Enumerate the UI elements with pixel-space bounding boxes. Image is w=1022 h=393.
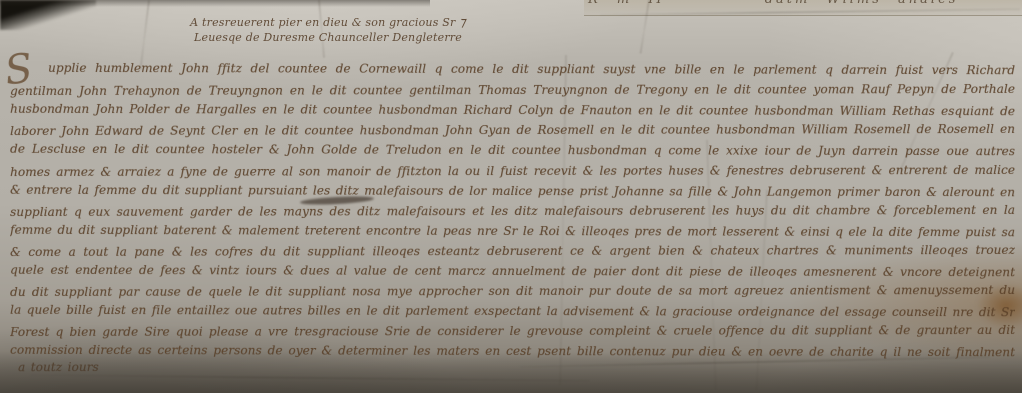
manuscript-line: laborer John Edward de Seynt Cler en le … — [10, 120, 1015, 142]
manuscript-photo: R m II — ····· datm̃ Wilm̃s ānales A tre… — [0, 0, 1022, 393]
paraph-mark: ⁊ — [459, 15, 466, 30]
parchment-edge-shadow — [0, 0, 430, 7]
photo-bottom-shadow — [0, 351, 1022, 393]
manuscript-line: husbondman John Polder de Hargalles en l… — [10, 100, 1015, 122]
address-line-2: Leuesqe de Duresme Chaunceller Dengleter… — [178, 30, 478, 45]
petition-address: A tresreuerent pier en dieu & son gracio… — [178, 15, 478, 45]
cropped-text-fragment: R m II — ····· datm̃ Wilm̃s ānales — [588, 0, 958, 9]
manuscript-line: homes armez & arraiez a fyne de guerre a… — [10, 161, 1015, 183]
manuscript-line: du dit suppliant par cause de quele le d… — [10, 281, 1015, 303]
manuscript-line: & come a tout la pane & les cofres du di… — [10, 241, 1015, 263]
manuscript-line: gentilman John Trehaynon de Treuyngnon e… — [10, 80, 1015, 102]
manuscript-line: femme du dit suppliant baterent & maleme… — [10, 221, 1015, 243]
manuscript-line: upplie humblement John ffitz del countee… — [10, 59, 1015, 81]
manuscript-line: la quele bille fuist en file entaillez o… — [10, 301, 1015, 323]
manuscript-line: & entrere la femme du dit suppliant purs… — [10, 181, 1015, 203]
address-text-1: A tresreuerent pier en dieu & son gracio… — [190, 16, 455, 29]
manuscript-line: de Lescluse en le dit countee hosteler &… — [10, 140, 1015, 162]
manuscript-line: Forest q bien garde Sire quoi please a v… — [10, 321, 1015, 343]
manuscript-line: quele est endentee de fees & vintz iours… — [10, 261, 1015, 283]
address-line-1: A tresreuerent pier en dieu & son gracio… — [178, 15, 478, 30]
manuscript-line: suppliant q eux sauvement garder de les … — [10, 201, 1015, 223]
